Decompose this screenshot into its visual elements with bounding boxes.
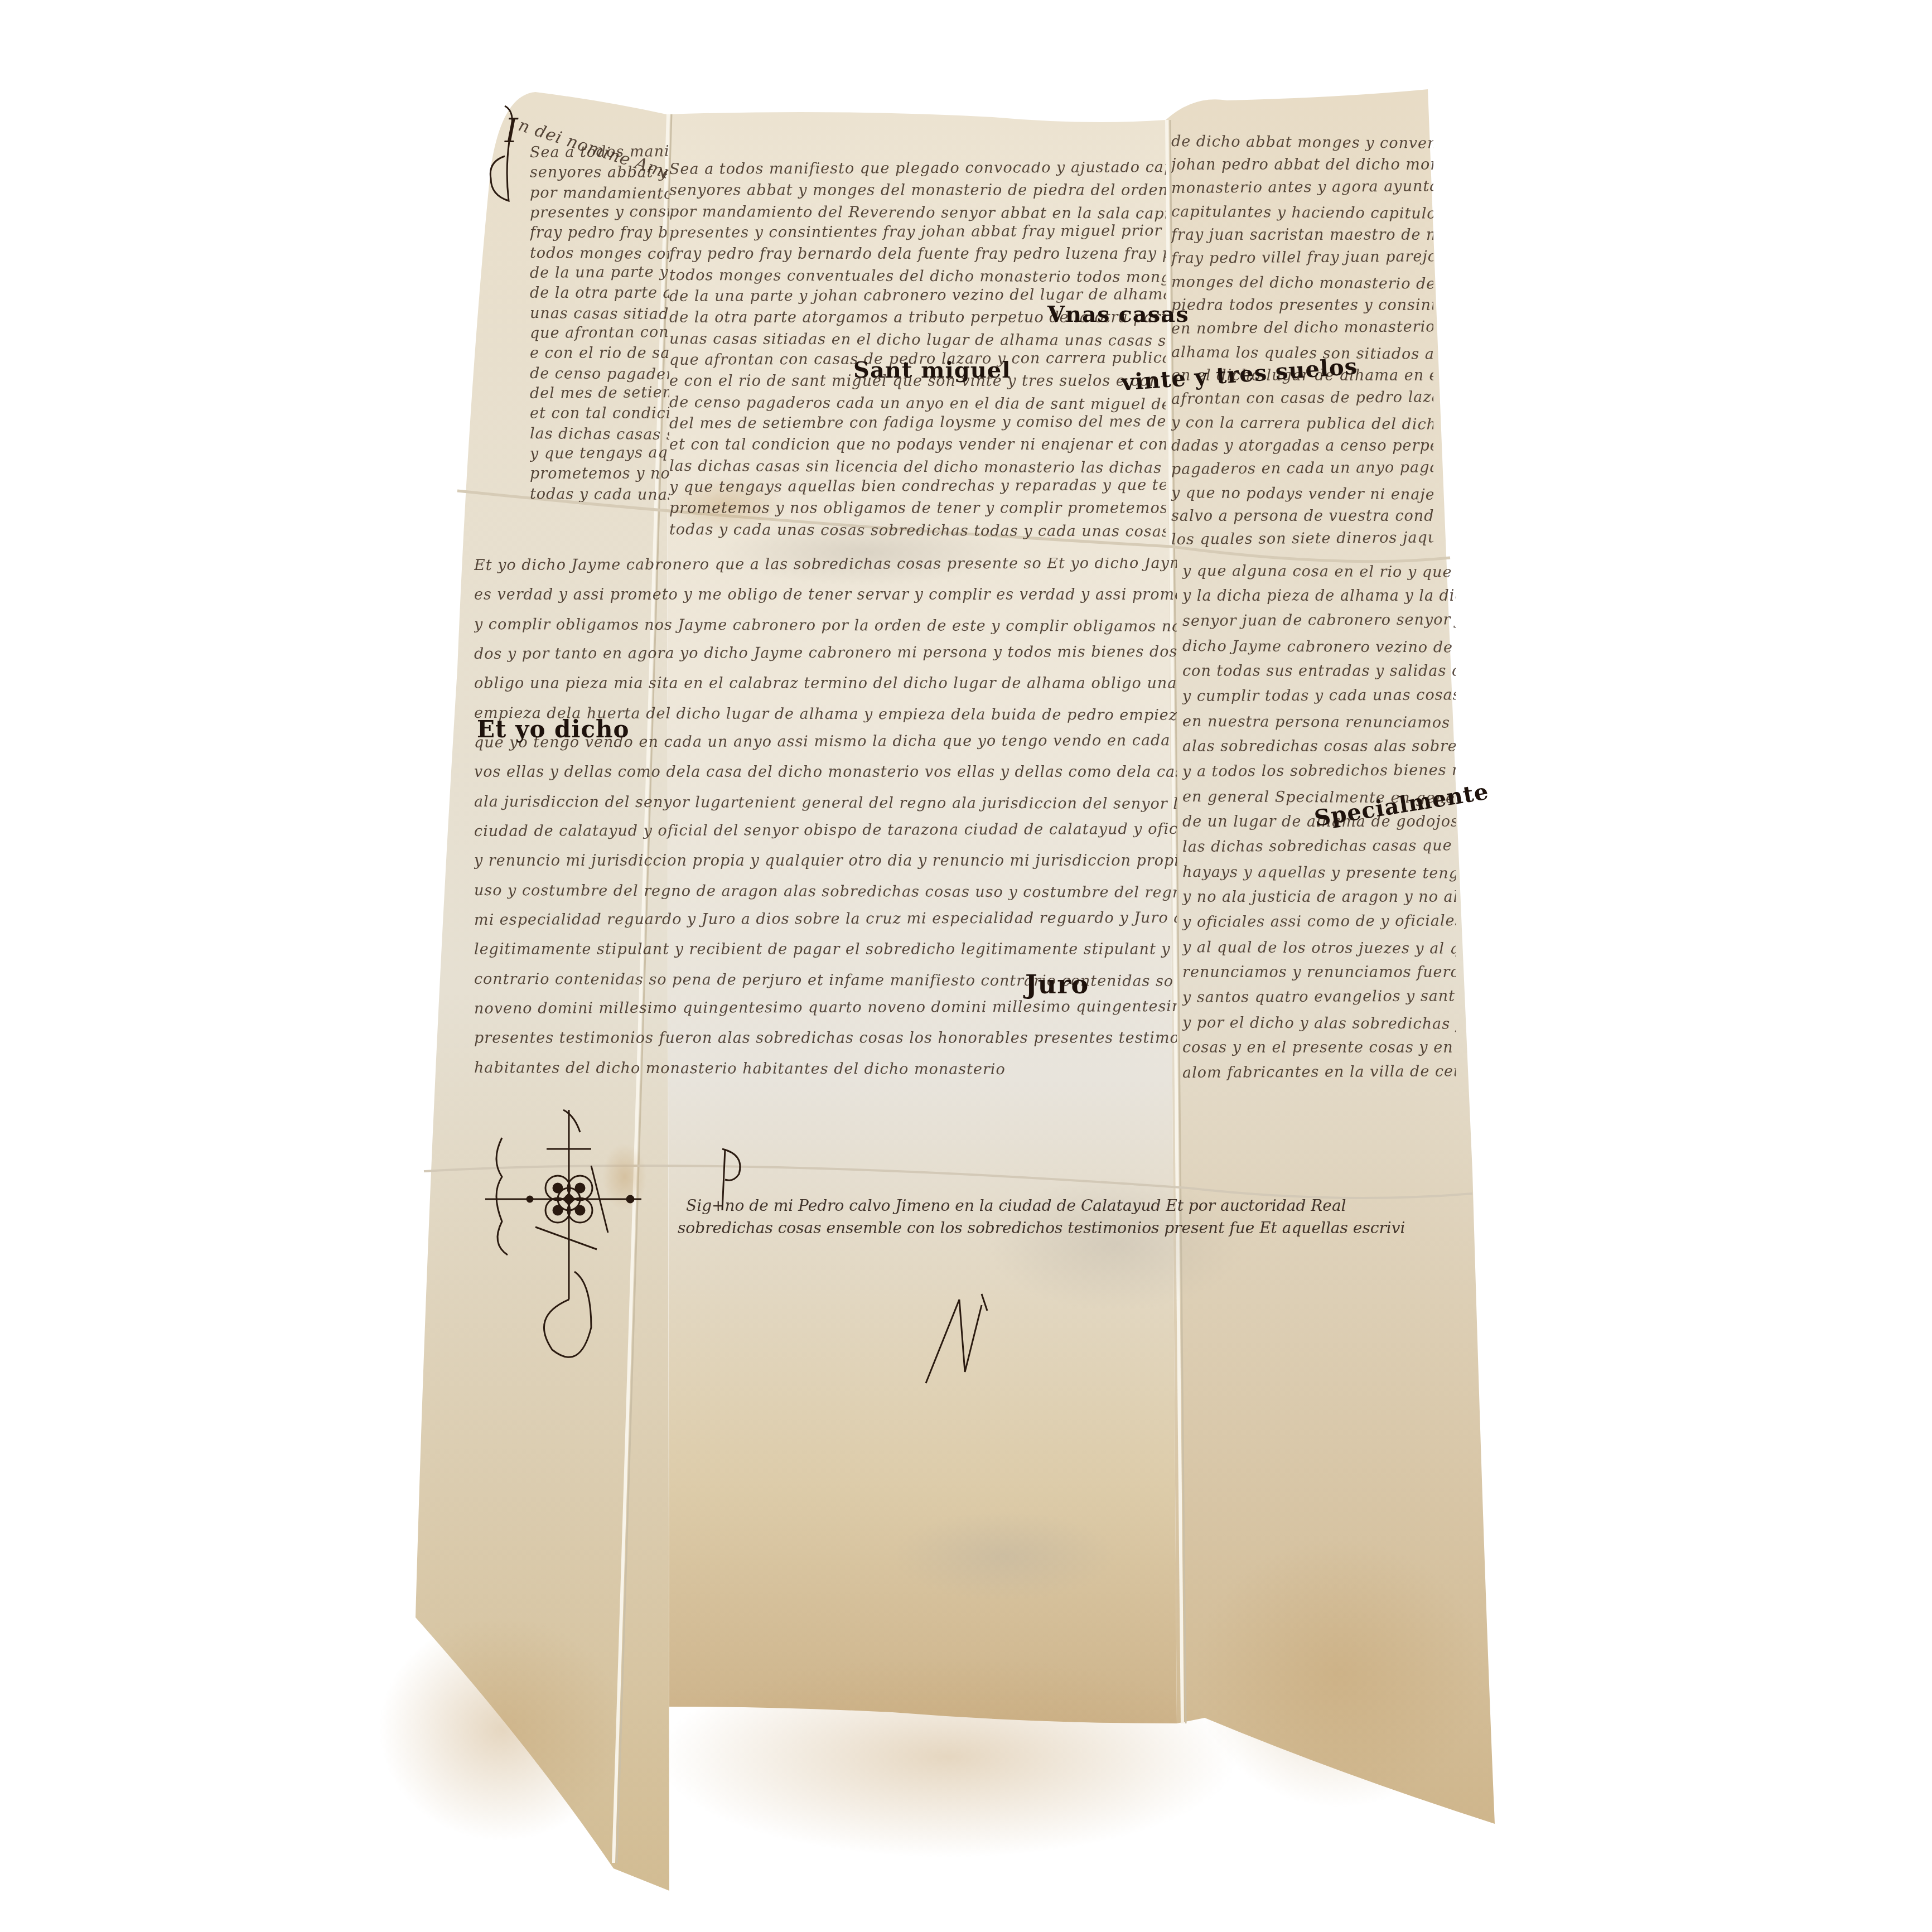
manuscript-line: de censo pagaderos cada un anyo en el di… bbox=[669, 395, 1166, 414]
manuscript-line: con todas sus entradas y salidas con tod… bbox=[1182, 664, 1456, 679]
manuscript-line: las dichas sobredichas casas que a vos l… bbox=[1182, 836, 1456, 854]
center-panel-text: Sea a todos manifiesto que plegado convo… bbox=[669, 162, 1166, 547]
manuscript-line: Et yo dicho Jayme cabronero que a las so… bbox=[474, 558, 1177, 573]
manuscript-line: Sea a todos manifiesto que plegado convo… bbox=[530, 145, 669, 160]
manuscript-line: fray pedro fray bernardo dela fuente fra… bbox=[530, 225, 669, 240]
manuscript-line: e con el rio de sant miguel que son vint… bbox=[530, 346, 669, 361]
rubric-juro: Juro bbox=[1025, 969, 1089, 999]
manuscript-line: fray pedro fray bernardo dela fuente fra… bbox=[669, 247, 1166, 262]
manuscript-line: mi especialidad reguardo y Juro a dios s… bbox=[474, 910, 1177, 928]
manuscript-line: presentes testimonios fueron alas sobred… bbox=[474, 1031, 1177, 1046]
manuscript-line: y que no podays vender ni enajenar y que… bbox=[1171, 485, 1433, 505]
manuscript-line: monasterio antes y agora ayuntados en el… bbox=[1171, 174, 1433, 196]
manuscript-line: alas sobredichas cosas alas sobredichas … bbox=[1182, 739, 1456, 754]
manuscript-line: presentes y consintientes fray johan abb… bbox=[669, 221, 1166, 240]
manuscript-line: et con tal condicion que no podays vende… bbox=[669, 437, 1166, 452]
right-panel-text: de dicho abbat monges y convento del mon… bbox=[1171, 134, 1433, 558]
manuscript-line: senyores abbat y monges del monasterio d… bbox=[669, 183, 1166, 198]
manuscript-line: monges del dicho monasterio de monges de… bbox=[1171, 274, 1433, 294]
manuscript-line: fray pedro villel fray juan parejo cambr… bbox=[1171, 245, 1433, 266]
manuscript-line: y a todos los sobredichos bienes muebles… bbox=[1182, 759, 1456, 779]
manuscript-line: prometemos y nos obligamos de tener y co… bbox=[669, 501, 1166, 516]
manuscript-line: por mandamiento del Reverendo senyor abb… bbox=[669, 204, 1166, 224]
manuscript-line: todos monges conventuales del dicho mona… bbox=[669, 268, 1166, 286]
manuscript-line: dos y por tanto en agora yo dicho Jayme … bbox=[474, 642, 1177, 661]
manuscript-line: alom fabricantes en la villa de cetina y… bbox=[1182, 1061, 1456, 1080]
manuscript-line: vos ellas y dellas como dela casa del di… bbox=[474, 765, 1177, 780]
notary-subscription-line-2: sobredichas cosas ensemble con los sobre… bbox=[678, 1219, 1405, 1237]
manuscript-line: renunciamos y renunciamos fuero renuncia… bbox=[1182, 965, 1456, 980]
manuscript-line: las dichas casas sin licencia del dicho … bbox=[669, 458, 1166, 477]
manuscript-line: en nombre del dicho monasterio en nombre… bbox=[1171, 317, 1433, 336]
manuscript-line: obligo una pieza mia sita en el calabraz… bbox=[474, 676, 1177, 691]
manuscript-line: pagaderos en cada un anyo pagaderos en c… bbox=[1171, 458, 1433, 477]
manuscript-line: prometemos y nos obligamos de tener y co… bbox=[530, 466, 669, 481]
manuscript-line: ala jurisdiccion del senyor lugartenient… bbox=[474, 794, 1177, 812]
rubric-sant-miguel: Sant miguel bbox=[853, 357, 1011, 383]
manuscript-line: y santos quatro evangelios y santos quat… bbox=[1182, 988, 1456, 1005]
manuscript-line: en nuestra persona renunciamos en nuestr… bbox=[1182, 714, 1456, 732]
manuscript-line: y no ala justicia de aragon y no ala jus… bbox=[1182, 890, 1456, 905]
manuscript-line: todas y cada unas cosas sobredichas toda… bbox=[669, 522, 1166, 540]
manuscript-line: senyores abbat y monges del monasterio d… bbox=[530, 165, 669, 180]
opening-initial: I bbox=[505, 112, 518, 151]
manuscript-line: dadas y atorgadas a censo perpetuo dadas… bbox=[1171, 438, 1433, 453]
manuscript-line: fray juan sacristan maestro de novicios … bbox=[1171, 228, 1433, 243]
manuscript-line: los quales son siete dineros jaqueses lo… bbox=[1171, 527, 1433, 547]
manuscript-line: habitantes del dicho monasterio habitant… bbox=[474, 1060, 1006, 1077]
manuscript-line: uso y costumbre del regno de aragon alas… bbox=[474, 883, 1177, 901]
manuscript-line: de dicho abbat monges y convento del mon… bbox=[1171, 134, 1433, 156]
manuscript-line: Sea a todos manifiesto que plegado convo… bbox=[669, 162, 1166, 177]
manuscript-line: senyor juan de cabronero senyor juan de … bbox=[1182, 611, 1456, 629]
manuscript-line: dicho Jayme cabronero vezino de alhama d… bbox=[1182, 639, 1456, 657]
manuscript-line: piedra todos presentes y consintientes p… bbox=[1171, 298, 1433, 313]
left-panel-text: Sea a todos manifiesto que plegado convo… bbox=[530, 145, 669, 502]
manuscript-line: salvo a persona de vuestra condicion sal… bbox=[1171, 509, 1433, 524]
manuscript-line: y complir obligamos nos Jayme cabronero … bbox=[474, 617, 1177, 635]
lower-panel-text: Et yo dicho Jayme cabronero que a las so… bbox=[474, 558, 1177, 1093]
manuscript-line: y oficiales assi como de y oficiales ass… bbox=[1182, 912, 1456, 930]
manuscript-line: noveno domini millesimo quingentesimo qu… bbox=[474, 999, 1177, 1016]
manuscript-line: todas y cada unas cosas sobredichas toda… bbox=[530, 486, 669, 502]
manuscript-line: y por el dicho y alas sobredichas y por … bbox=[1182, 1015, 1456, 1033]
manuscript-line: unas casas sitiadas en el dicho lugar de… bbox=[669, 331, 1166, 350]
manuscript-line: cosas y en el presente cosas y en el pre… bbox=[1182, 1040, 1456, 1055]
manuscript-line: es verdad y assi prometo y me obligo de … bbox=[474, 587, 1177, 602]
manuscript-line: et con tal condicion que no podays vende… bbox=[530, 406, 669, 421]
manuscript-line: y cumplir todas y cada unas cosas y cump… bbox=[1182, 686, 1456, 704]
manuscript-line: ciudad de calatayud y oficial del senyor… bbox=[474, 821, 1177, 839]
rubric-et-yo-dicho: Et yo dicho bbox=[477, 716, 630, 743]
manuscript-line: y con la carrera publica del dicho lugar… bbox=[1171, 415, 1433, 435]
manuscript-line: johan pedro abbat del dicho monasterio j… bbox=[1171, 157, 1433, 172]
manuscript-line: afrontan con casas de pedro lazaro afron… bbox=[1171, 387, 1433, 407]
rubric-unas-casas: Vnas casas bbox=[1047, 301, 1189, 327]
manuscript-line: de la otra parte atorgamos a tributo per… bbox=[530, 286, 669, 301]
manuscript-line: hayays y aquellas y presente tenga y emp… bbox=[1182, 864, 1456, 883]
manuscript-line: y que alguna cosa en el rio y que alguna… bbox=[1182, 563, 1456, 581]
photo-stage: I n dei nomine Amen Sea a todos manifies… bbox=[0, 0, 1932, 1932]
manuscript-line: y al qual de los otros juezes y al qual … bbox=[1182, 940, 1456, 957]
manuscript-line: legitimamente stipulant y recibient de p… bbox=[474, 942, 1177, 957]
notary-subscription-line-1: Sig+no de mi Pedro calvo Jimeno en la ci… bbox=[686, 1196, 1346, 1215]
manuscript-line: del mes de setiembre con fadiga loysme y… bbox=[669, 413, 1166, 431]
manuscript-line: y que tengays aquellas bien condrechas y… bbox=[669, 476, 1166, 495]
manuscript-line: y renuncio mi jurisdiccion propia y qual… bbox=[474, 853, 1177, 868]
manuscript-line: y la dicha pieza de alhama y la dicha pi… bbox=[1182, 588, 1456, 603]
manuscript-line: capitulantes y haciendo capitulo capitul… bbox=[1171, 204, 1433, 224]
